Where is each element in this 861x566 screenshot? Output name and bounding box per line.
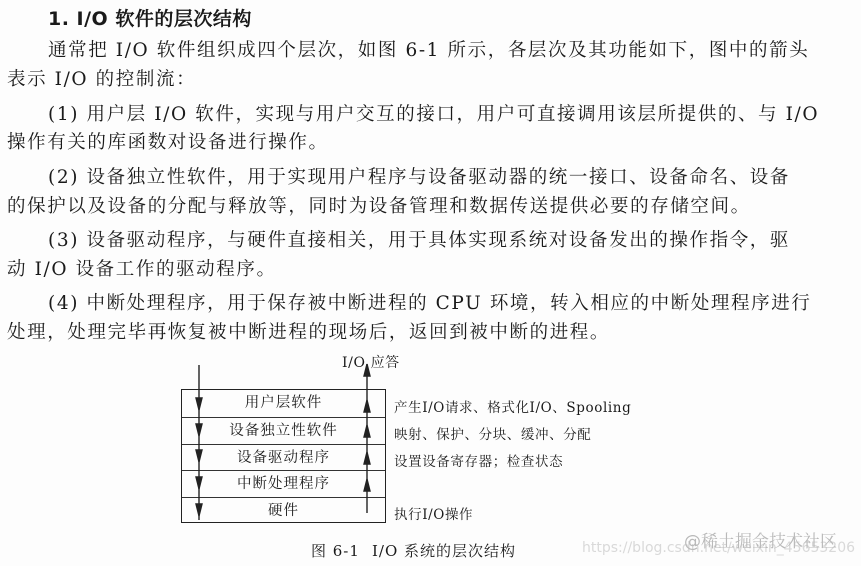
figure-caption-title: I/O 系统的层次结构: [372, 540, 516, 561]
request-down-arrow: [196, 365, 202, 520]
function-device-driver: 设置设备寄存器；检查状态: [394, 450, 563, 470]
response-up-arrow: [364, 364, 370, 513]
control-flow-arrows: [0, 0, 861, 566]
figure-caption-number: 图 6-1: [311, 540, 360, 561]
function-hardware: 执行I/O操作: [394, 503, 473, 523]
function-device-independent: 映射、保护、分块、缓冲、分配: [394, 423, 591, 443]
watermark-brand: @稀土掘金技术社区: [684, 527, 837, 552]
function-user-software: 产生I/O请求、格式化I/O、Spooling: [394, 396, 631, 416]
